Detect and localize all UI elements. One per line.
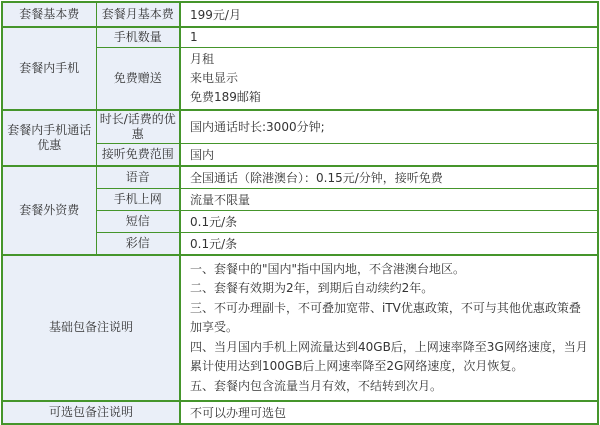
table-row: 基础包备注说明 一、套餐中的"国内"指中国内地，不含港澳台地区。 二、套餐有效期… — [2, 255, 598, 402]
row-header-optional-notes: 可选包备注说明 — [2, 401, 180, 424]
value-phone-count: 1 — [180, 27, 598, 47]
table-row: 套餐外资费 语音 全国通话（除港澳台）：0.15元/分钟，接听免费 — [2, 166, 598, 189]
value-mms: 0.1元/条 — [180, 232, 598, 255]
subrow-header-free-gift: 免费赠送 — [96, 47, 180, 110]
subrow-header-phone-count: 手机数量 — [96, 27, 180, 47]
row-header-in-package-phone: 套餐内手机 — [2, 27, 96, 110]
value-base-notes: 一、套餐中的"国内"指中国内地，不含港澳台地区。 二、套餐有效期为2年，到期后自… — [180, 255, 598, 402]
value-sms: 0.1元/条 — [180, 210, 598, 232]
row-header-base-notes: 基础包备注说明 — [2, 255, 180, 402]
tariff-page: 套餐基本费 套餐月基本费 199元/月 套餐内手机 手机数量 1 免费赠送 月租… — [0, 0, 600, 381]
value-free-gift: 月租 来电显示 免费189邮箱 — [180, 47, 598, 110]
free-gift-line: 免费189邮箱 — [190, 88, 588, 107]
row-header-out-package-fee: 套餐外资费 — [2, 166, 96, 255]
table-row: 套餐内手机通话优惠 时长/话费的优惠 国内通话时长:3000分钟; — [2, 110, 598, 144]
free-gift-line: 来电显示 — [190, 69, 588, 88]
table-row: 套餐内手机 手机数量 1 — [2, 27, 598, 47]
table-row: 套餐基本费 套餐月基本费 199元/月 — [2, 2, 598, 27]
subrow-header-mms: 彩信 — [96, 232, 180, 255]
value-monthly-basic-fee: 199元/月 — [180, 2, 598, 27]
base-note-line: 四、当月国内手机上网流量达到40GB后，上网速率降至3G网络速度，当月累计使用达… — [190, 338, 588, 377]
value-mobile-data: 流量不限量 — [180, 188, 598, 210]
value-optional-notes: 不可以办理可选包 — [180, 401, 598, 424]
free-gift-line: 月租 — [190, 50, 588, 69]
base-note-line: 一、套餐中的"国内"指中国内地，不含港澳台地区。 — [190, 260, 588, 280]
row-header-basic-fee: 套餐基本费 — [2, 2, 96, 27]
row-header-call-discount: 套餐内手机通话优惠 — [2, 110, 96, 166]
base-note-line: 二、套餐有效期为2年，到期后自动续约2年。 — [190, 279, 588, 299]
subrow-header-monthly-basic-fee: 套餐月基本费 — [96, 2, 180, 27]
subrow-header-free-answer-range: 接听免费范围 — [96, 143, 180, 166]
value-call-duration: 国内通话时长:3000分钟; — [180, 110, 598, 144]
value-free-answer-range: 国内 — [180, 143, 598, 166]
subrow-header-voice: 语音 — [96, 166, 180, 189]
subrow-header-call-duration: 时长/话费的优惠 — [96, 110, 180, 144]
base-note-line: 五、套餐内包含流量当月有效，不结转到次月。 — [190, 377, 588, 397]
tariff-table: 套餐基本费 套餐月基本费 199元/月 套餐内手机 手机数量 1 免费赠送 月租… — [1, 1, 599, 425]
base-note-line: 三、不可办理副卡，不可叠加宽带、iTV优惠政策，不可与其他优惠政策叠加享受。 — [190, 299, 588, 338]
subrow-header-mobile-data: 手机上网 — [96, 188, 180, 210]
subrow-header-sms: 短信 — [96, 210, 180, 232]
value-voice: 全国通话（除港澳台）：0.15元/分钟，接听免费 — [180, 166, 598, 189]
table-row: 可选包备注说明 不可以办理可选包 — [2, 401, 598, 424]
